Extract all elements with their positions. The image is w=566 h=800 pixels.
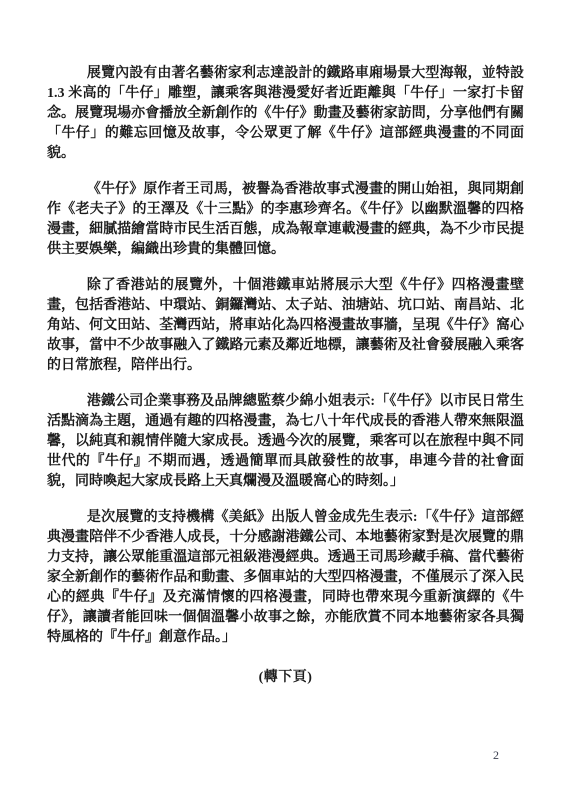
paragraph-4: 港鐵公司企業事務及品牌總監蔡少綿小姐表示:「《牛仔》以市民日常生活點滴為主題，通…: [47, 392, 524, 492]
paragraph-3: 除了香港站的展覽外，十個港鐵車站將展示大型《牛仔》四格漫畫壁畫，包括香港站、中環…: [47, 276, 524, 376]
paragraph-2: 《牛仔》原作者王司馬，被譽為香港故事式漫畫的開山始祖，與同期創作《老夫子》的王澤…: [47, 180, 524, 260]
document-page: 展覽內設有由著名藝術家利志達設計的鐵路車廂場景大型海報，並特設1.3 米高的「牛…: [0, 0, 566, 800]
document-body: 展覽內設有由著名藝術家利志達設計的鐵路車廂場景大型海報，並特設1.3 米高的「牛…: [47, 64, 524, 688]
page-number: 2: [493, 748, 499, 762]
paragraph-1: 展覽內設有由著名藝術家利志達設計的鐵路車廂場景大型海報，並特設1.3 米高的「牛…: [47, 64, 524, 164]
paragraph-5: 是次展覽的支持機構《美紙》出版人曾金成先生表示:「《牛仔》這部經典漫畫陪伴不少香…: [47, 508, 524, 648]
continuation-note: (轉下頁): [47, 668, 524, 688]
